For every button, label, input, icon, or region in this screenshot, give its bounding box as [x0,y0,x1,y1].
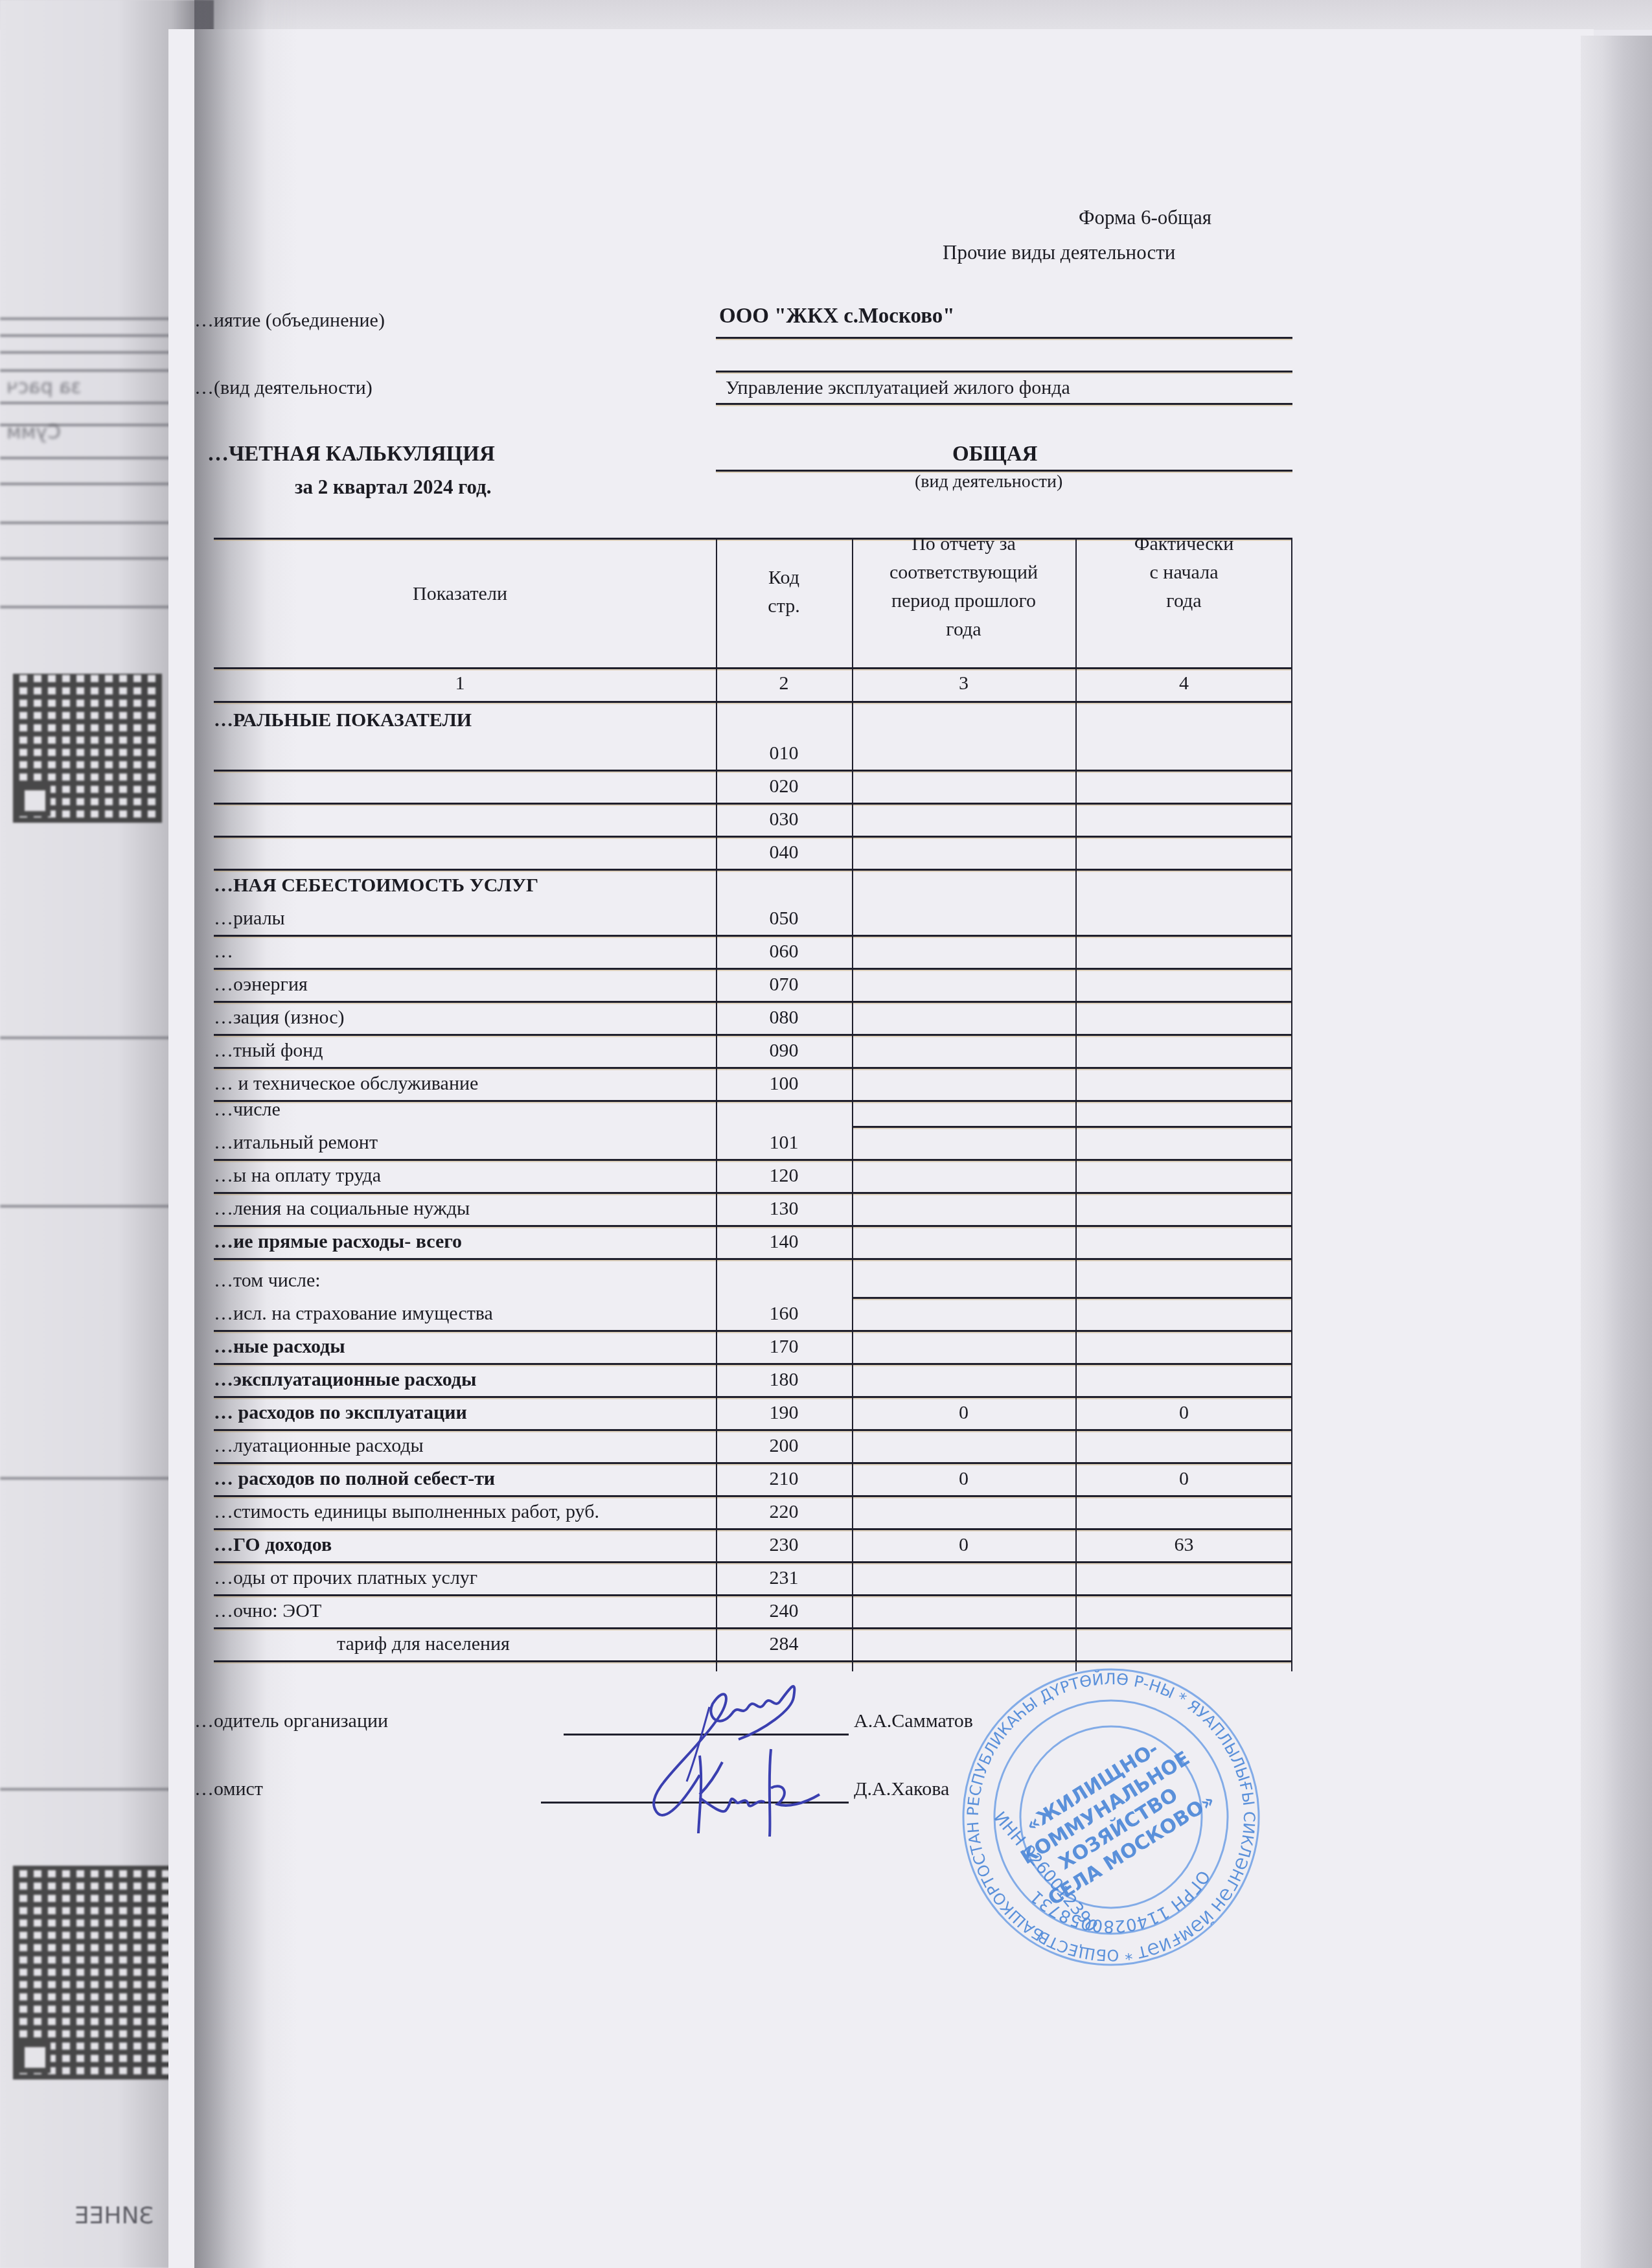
activity-type-caption: (вид деятельности) [915,472,1062,492]
row-label: …ы на оплату труда [214,1165,713,1187]
column-number: 4 [1075,672,1292,694]
activity-type-value: ОБЩАЯ [952,442,1037,466]
column-divider [1291,538,1292,1671]
row-code: 070 [716,974,852,996]
economist-label: …омист [194,1778,263,1800]
row-label: …РАЛЬНЫЕ ПОКАЗАТЕЛИ [214,709,713,731]
row-code: 190 [716,1402,852,1424]
row-label: …очно: ЭОТ [214,1600,713,1622]
column-number: 2 [716,672,852,694]
row-label: …зация (износ) [214,1007,713,1029]
row-label: …ные расходы [214,1336,713,1358]
row-code: 240 [716,1600,852,1622]
blank-underline [716,371,1292,372]
qr-code-icon [13,1866,175,2079]
row-label: …эксплуатационные расходы [214,1369,713,1391]
row-code: 130 [716,1198,852,1220]
row-label: …исл. на страхование имущества [214,1303,713,1325]
column-divider [852,538,853,1671]
row-year-to-date-value: 0 [1075,1402,1292,1424]
row-label: … расходов по эксплуатации [214,1402,713,1424]
activity-value: Управление эксплуатацией жилого фонда [726,377,1070,399]
row-year-to-date-value: 0 [1075,1468,1292,1490]
column-number: 3 [852,672,1075,694]
row-code: 050 [716,908,852,930]
page-stack-edge [1581,36,1652,2268]
row-code: 040 [716,842,852,864]
row-code: 230 [716,1534,852,1556]
row-code: 210 [716,1468,852,1490]
row-label: …ие прямые расходы- всего [214,1231,713,1253]
qr-code-icon [13,674,162,823]
row-code: 080 [716,1007,852,1029]
row-label: …ГО доходов [214,1534,713,1556]
mirrored-fragment: за расч [6,376,82,398]
column-header-year-to-date: Фактическис начала года [1075,530,1292,615]
row-label: … и техническое обслуживание [214,1073,713,1095]
enterprise-value: ООО "ЖКХ с.Москово" [719,304,955,328]
row-code: 090 [716,1040,852,1062]
row-code: 020 [716,775,852,797]
column-header-previous-year: По отчету засоответствующий период прошл… [852,530,1075,644]
row-code: 180 [716,1369,852,1391]
row-label: …итальный ремонт [214,1132,713,1154]
director-label: …одитель организации [194,1710,388,1732]
column-divider [1075,538,1077,1671]
form-name: Форма 6-общая [1079,206,1211,229]
report-period: за 2 квартал 2024 год. [295,475,492,499]
row-code: 231 [716,1567,852,1589]
row-code: 060 [716,941,852,963]
column-header-indicators: Показатели [330,580,590,608]
activity-label: …(вид деятельности) [194,377,373,399]
row-year-to-date-value: 63 [1075,1534,1292,1556]
row-label: …оэнергия [214,974,713,996]
row-code: 284 [716,1633,852,1655]
row-code: 010 [716,742,852,764]
row-code: 200 [716,1435,852,1457]
row-previous-year-value: 0 [852,1468,1075,1490]
economist-name: Д.А.Хакова [854,1778,949,1800]
row-code: 140 [716,1231,852,1253]
row-label: … [214,941,713,963]
enterprise-underline [716,337,1292,339]
row-label: …луатационные расходы [214,1435,713,1457]
row-label: …ления на социальные нужды [214,1198,713,1220]
row-label: …стимость единицы выполненных работ, руб… [214,1501,713,1523]
row-code: 170 [716,1336,852,1358]
row-label: …тный фонд [214,1040,713,1062]
row-label: …том числе: [214,1270,713,1292]
director-name: А.А.Самматов [854,1710,973,1732]
row-code: 120 [716,1165,852,1187]
row-code: 160 [716,1303,852,1325]
economist-signature-icon [674,1743,842,1840]
row-code: 220 [716,1501,852,1523]
row-label: …оды от прочих платных услуг [214,1567,713,1589]
mirrored-fragment: Сумм [6,421,61,444]
report-title: …ЧЕТНАЯ КАЛЬКУЛЯЦИЯ [207,442,495,466]
row-code: 100 [716,1073,852,1095]
form-subtitle: Прочие виды деятельности [943,241,1175,264]
mirrored-fragment: ЗИНЕЕ [75,2203,154,2229]
row-code: 030 [716,808,852,830]
row-label: …числе [214,1099,713,1121]
row-label: …НАЯ СЕБЕСТОИМОСТЬ УСЛУГ [214,875,713,897]
activity-underline [716,403,1292,405]
row-previous-year-value: 0 [852,1534,1075,1556]
row-code: 101 [716,1132,852,1154]
row-label: … расходов по полной себест-ти [214,1468,713,1490]
enterprise-label: …иятие (объединение) [194,310,385,332]
column-number: 1 [330,672,590,694]
row-label: …риалы [214,908,713,930]
column-divider [716,538,717,1671]
company-seal-icon: БАШКОРТОСТАН РЕСПУБЛИКАҺЫ ДҮРТӨЙЛӨ Р-НЫ … [959,1665,1263,1969]
row-previous-year-value: 0 [852,1402,1075,1424]
column-header-code: Кодстр. [716,564,852,621]
